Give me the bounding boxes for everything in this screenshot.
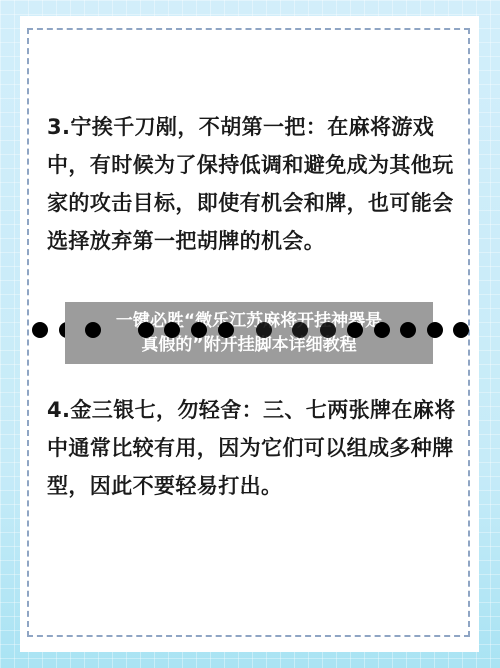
banner-title-line-2: 真假的”附开挂脚本详细教程: [141, 333, 356, 357]
tip-section-3: 3.宁挨千刀剐，不胡第一把：在麻将游戏 中，有时候为了保持低调和避免成为其他玩 …: [47, 108, 467, 260]
tip-4-line-3: 型，因此不要轻易打出。: [47, 467, 467, 505]
title-banner: 一键必胜“微乐江苏麻将开挂神器是 真假的”附开挂脚本详细教程: [65, 302, 433, 364]
tip-3-line-3: 家的攻击目标，即使有机会和牌，也可能会: [47, 184, 467, 222]
tip-3-line-1: 3.宁挨千刀剐，不胡第一把：在麻将游戏: [47, 108, 467, 146]
tip-4-line-1: 4.金三银七，勿轻舍：三、七两张牌在麻将: [47, 391, 467, 429]
banner-title-line-1: 一键必胜“微乐江苏麻将开挂神器是: [116, 309, 382, 333]
divider-dot-icon: [32, 322, 48, 338]
tip-3-line-2: 中，有时候为了保持低调和避免成为其他玩: [47, 146, 467, 184]
tip-section-4: 4.金三银七，勿轻舍：三、七两张牌在麻将 中通常比较有用，因为它们可以组成多种牌…: [47, 391, 467, 505]
tip-4-line-2: 中通常比较有用，因为它们可以组成多种牌: [47, 429, 467, 467]
tip-3-line-4: 选择放弃第一把胡牌的机会。: [47, 222, 467, 260]
